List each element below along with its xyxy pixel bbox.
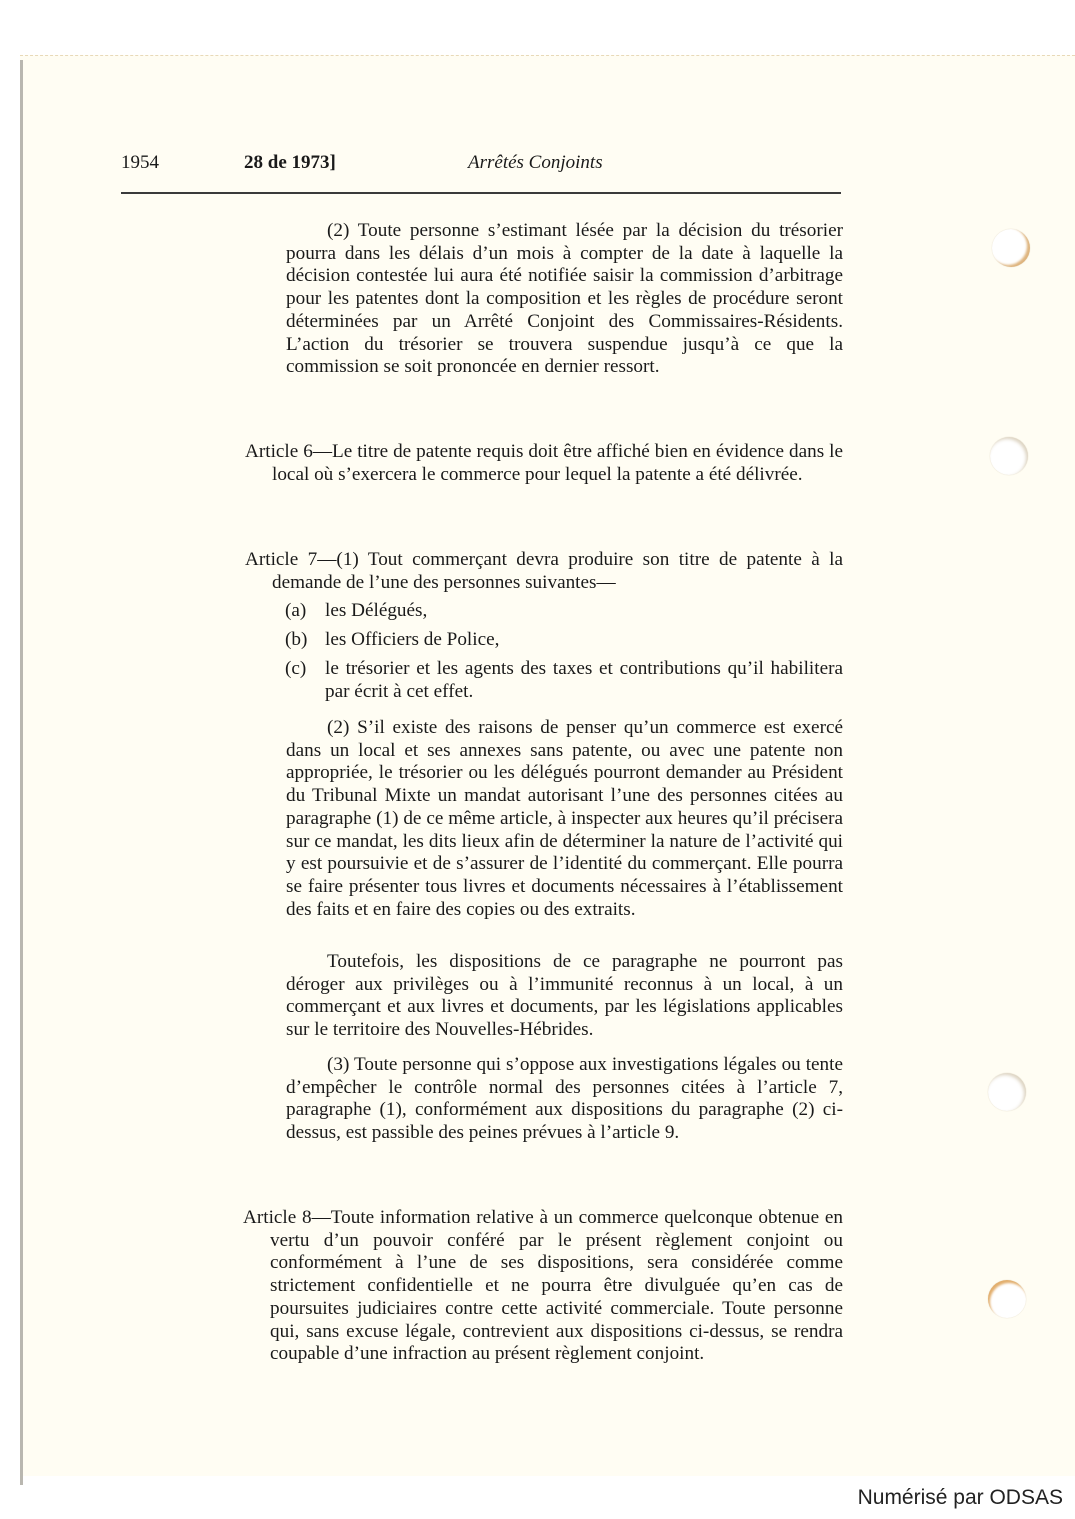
punch-hole-2 [990,437,1028,475]
header-title: Arrêtés Conjoints [468,152,603,174]
article-7-intro: Article 7—(1) Tout commerçant devra prod… [245,549,843,594]
paragraph-text: Toutefois, les dispositions de ce paragr… [286,951,843,1042]
paragraph-text: (2) S’il existe des raisons de penser qu… [286,717,843,921]
list-label: (c) [285,658,306,681]
list-text: les Délégués, [325,600,427,621]
article-7-paragraph-2: (2) S’il existe des raisons de penser qu… [286,717,843,921]
header-reference: 28 de 1973] [244,152,336,174]
page-header: 1954 28 de 1973] Arrêtés Conjoints [121,152,841,182]
paragraph-2-appeal: (2) Toute personne s’estimant lésée par … [286,220,843,379]
list-item-a: (a) les Délégués, [285,600,843,623]
list-label: (b) [285,629,307,652]
article-8-text: Article 8—Toute information relative à u… [243,1207,843,1366]
list-text: le trésorier et les agents des taxes et … [325,658,843,702]
article-7: Article 7—(1) Tout commerçant devra prod… [245,549,843,703]
header-divider [121,192,841,194]
punch-hole-3 [988,1073,1026,1111]
list-label: (a) [285,600,306,623]
paragraph-text: (3) Toute personne qui s’oppose aux inve… [286,1054,843,1145]
article-6-text: Article 6—Le titre de patente requis doi… [245,441,843,486]
page-edge [20,60,23,1485]
paragraph-text: (2) Toute personne s’estimant lésée par … [286,220,843,379]
article-8: Article 8—Toute information relative à u… [243,1207,843,1366]
list-text: les Officiers de Police, [325,629,499,650]
punch-hole-1 [992,229,1030,267]
article-7-paragraph-3: (3) Toute personne qui s’oppose aux inve… [286,1054,843,1145]
punch-hole-4 [988,1280,1026,1318]
list-item-c: (c) le trésorier et les agents des taxes… [285,658,843,703]
digitization-watermark: Numérisé par ODSAS [858,1486,1063,1510]
page-number: 1954 [121,152,159,174]
article-6: Article 6—Le titre de patente requis doi… [245,441,843,486]
article-7-toutefois: Toutefois, les dispositions de ce paragr… [286,951,843,1042]
list-item-b: (b) les Officiers de Police, [285,629,843,652]
